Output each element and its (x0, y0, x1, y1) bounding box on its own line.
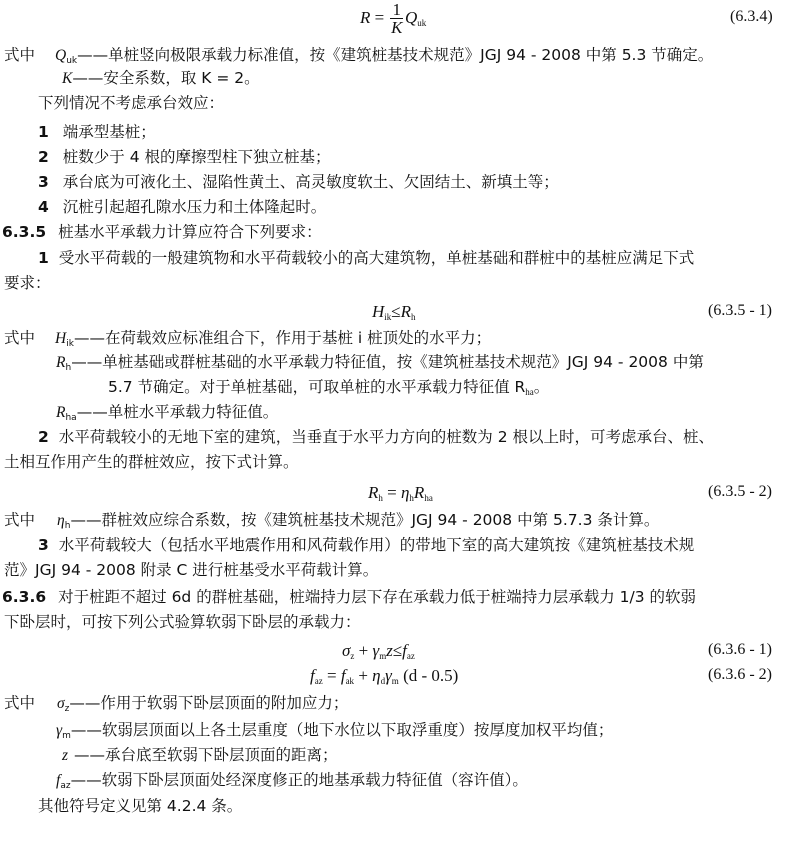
formula-6-3-4: R = 1KQuk (360, 2, 426, 36)
paragraph-6-3-5-3: 3水平荷载较大（包括水平地震作用和风荷载作用）的带地下室的高大建筑按《建筑桩基技… (38, 535, 694, 555)
equation-number: (6.3.5 - 1) (708, 302, 772, 320)
where-label: 式中 (4, 511, 35, 529)
subscript: ha (525, 387, 534, 397)
paragraph-text: 水平荷载较小的无地下室的建筑，当垂直于水平力方向的桩数为 2 根以上时，可考虑承… (59, 428, 714, 446)
paragraph-6-3-6-cont: 下卧层时，可按下列公式验算软弱下卧层的承载力： (4, 612, 361, 632)
equation-number: (6.3.6 - 2) (708, 666, 772, 684)
list-text: 桩数少于 4 根的摩擦型柱下独立桩基； (63, 148, 331, 166)
definition-etah: 式中ηh——群桩效应综合系数，按《建筑桩基技术规范》JGJ 94 - 2008 … (4, 510, 659, 536)
paragraph-6-3-5-2-cont: 土相互作用产生的群桩效应，按下式计算。 (4, 452, 299, 472)
subscript: m (62, 731, 71, 741)
symbol: η (57, 512, 65, 529)
punctuation: 。 (534, 378, 550, 396)
definition-text: ——群桩效应综合系数，按《建筑桩基技术规范》JGJ 94 - 2008 中第 5… (70, 511, 659, 529)
fraction-denominator: K (390, 19, 403, 36)
formula-symbol: η (372, 666, 380, 685)
where-label: 式中 (4, 329, 35, 347)
formula-6-3-5-1: Hik≤Rh (372, 302, 416, 322)
formula-symbol: γ (385, 666, 392, 685)
definition-gamma-m: γm——软弱层顶面以上各土层重度（地下水位以下取浮重度）按厚度加权平均值； (56, 720, 613, 746)
paragraph-6-3-5-1: 1受水平荷载的一般建筑物和水平荷载较小的高大建筑物，单桩基础和群桩中的基桩应满足… (38, 248, 694, 268)
formula-operator: ≤ (391, 302, 400, 321)
formula-operator: = (323, 666, 341, 685)
formula-6-3-6-2: faz = fak + ηdγm (d - 0.5) (310, 666, 458, 686)
formula-subscript: az (407, 651, 415, 661)
formula-symbol: R (360, 8, 370, 27)
symbol: z (62, 747, 68, 764)
formula-subscript: m (392, 676, 399, 686)
symbol: H (55, 330, 66, 347)
section-6-3-6-heading: 6.3.6对于桩距不超过 6d 的群桩基础，桩端持力层下存在承载力低于桩端持力层… (2, 587, 696, 607)
formula-operator: + (354, 666, 372, 685)
list-item-case-3: 3承台底为可液化土、湿陷性黄土、高灵敏度软土、欠固结土、新填土等； (38, 172, 559, 192)
formula-tail: (d - 0.5) (399, 666, 458, 685)
definition-rh: Rh——单桩基础或群桩基础的水平承载力特征值，按《建筑桩基技术规范》JGJ 94… (56, 352, 704, 378)
fraction: 1K (390, 2, 403, 36)
list-number: 1 (38, 249, 49, 267)
subscript: ik (66, 339, 74, 349)
equation-number: (6.3.4) (730, 8, 773, 26)
paragraph-6-3-5-3-cont: 范》JGJ 94 - 2008 附录 C 进行桩基受水平荷载计算。 (4, 560, 378, 580)
list-item-case-4: 4沉桩引起超孔隙水压力和土体隆起时。 (38, 197, 326, 217)
definition-hik: 式中Hik——在荷载效应标准组合下，作用于基桩 i 桩顶处的水平力； (4, 328, 491, 354)
formula-symbol: R (414, 483, 424, 502)
list-number: 3 (38, 173, 49, 191)
formula-operator: + (354, 641, 372, 660)
definition-text: ——单桩竖向极限承载力标准值，按《建筑桩基技术规范》JGJ 94 - 2008 … (77, 46, 713, 64)
definition-faz: faz——软弱下卧层顶面处经深度修正的地基承载力特征值（容许值）。 (56, 770, 528, 796)
paragraph-text: 对于桩距不超过 6d 的群桩基础，桩端持力层下存在承载力低于桩端持力层承载力 1… (58, 588, 696, 606)
subscript: ha (65, 413, 76, 423)
formula-subscript: ha (424, 493, 433, 503)
formula-symbol: H (372, 302, 384, 321)
symbol: σ (57, 695, 65, 712)
formula-6-3-5-2: Rh = ηhRha (368, 483, 433, 503)
list-text: 沉桩引起超孔隙水压力和土体隆起时。 (63, 198, 327, 216)
definition-text: ——单桩基础或群桩基础的水平承载力特征值，按《建筑桩基技术规范》JGJ 94 -… (71, 353, 704, 371)
paragraph-text: 水平荷载较大（包括水平地震作用和风荷载作用）的带地下室的高大建筑按《建筑桩基技术… (59, 536, 695, 554)
paragraph-no-cap-effect: 下列情况不考虑承台效应： (38, 93, 224, 113)
list-item-case-2: 2桩数少于 4 根的摩擦型柱下独立桩基； (38, 147, 331, 167)
definition-text: ——单桩水平承载力特征值。 (77, 403, 279, 421)
formula-operator: = (370, 8, 388, 27)
formula-subscript: ak (346, 676, 355, 686)
list-item-case-1: 1端承型基桩； (38, 122, 156, 142)
definition-text: ——承台底至软弱下卧层顶面的距离； (74, 746, 338, 764)
definition-k: K——安全系数，取 K = 2。 (62, 68, 260, 89)
section-number: 6.3.6 (2, 588, 46, 606)
list-number: 1 (38, 123, 49, 141)
formula-symbol: z (386, 641, 393, 660)
definition-z: z——承台底至软弱下卧层顶面的距离； (62, 745, 338, 766)
formula-6-3-6-1: σz + γmz≤faz (342, 641, 415, 661)
formula-symbol: R (368, 483, 378, 502)
subscript: uk (66, 56, 77, 66)
list-number: 2 (38, 428, 49, 446)
symbol: Q (55, 47, 66, 64)
where-label: 式中 (4, 694, 35, 712)
formula-subscript: az (315, 676, 323, 686)
list-number: 4 (38, 198, 49, 216)
symbol: K (62, 70, 72, 87)
section-6-3-5-heading: 6.3.5桩基水平承载力计算应符合下列要求： (2, 222, 322, 242)
list-number: 3 (38, 536, 49, 554)
formula-subscript: uk (417, 18, 426, 28)
definition-text: ——作用于软弱下卧层顶面的附加应力； (69, 694, 348, 712)
paragraph-6-3-5-1-cont: 要求： (4, 273, 51, 293)
section-number: 6.3.5 (2, 223, 46, 241)
paragraph-text: 受水平荷载的一般建筑物和水平荷载较小的高大建筑物，单桩基础和群桩中的基桩应满足下… (59, 249, 695, 267)
formula-subscript: h (411, 312, 416, 322)
definition-text: ——软弱下卧层顶面处经深度修正的地基承载力特征值（容许值）。 (71, 771, 528, 789)
definition-sigma-z: 式中σz——作用于软弱下卧层顶面的附加应力； (4, 693, 348, 719)
note-other-symbols: 其他符号定义见第 4.2.4 条。 (38, 796, 242, 816)
definition-text: ——软弱层顶面以上各土层重度（地下水位以下取浮重度）按厚度加权平均值； (71, 721, 614, 739)
list-number: 2 (38, 148, 49, 166)
list-text: 端承型基桩； (63, 123, 156, 141)
definition-text: ——在荷载效应标准组合下，作用于基桩 i 桩顶处的水平力； (74, 329, 491, 347)
formula-symbol: Q (405, 8, 417, 27)
definition-text: ——安全系数，取 K = 2。 (72, 69, 259, 87)
formula-operator: = (383, 483, 401, 502)
subscript: az (60, 781, 70, 791)
definition-rha: Rha——单桩水平承载力特征值。 (56, 402, 278, 428)
paragraph-6-3-5-2: 2水平荷载较小的无地下室的建筑，当垂直于水平力方向的桩数为 2 根以上时，可考虑… (38, 427, 714, 447)
fraction-numerator: 1 (390, 2, 403, 19)
definition-rh-cont: 5.7 节确定。对于单桩基础，可取单桩的水平承载力特征值 Rha。 (108, 377, 549, 402)
formula-symbol: R (401, 302, 411, 321)
section-title: 桩基水平承载力计算应符合下列要求： (58, 223, 322, 241)
formula-operator: ≤ (393, 641, 402, 660)
definition-text: 5.7 节确定。对于单桩基础，可取单桩的水平承载力特征值 R (108, 378, 525, 396)
where-label: 式中 (4, 46, 35, 64)
equation-number: (6.3.6 - 1) (708, 641, 772, 659)
list-text: 承台底为可液化土、湿陷性黄土、高灵敏度软土、欠固结土、新填土等； (63, 173, 559, 191)
equation-number: (6.3.5 - 2) (708, 483, 772, 501)
